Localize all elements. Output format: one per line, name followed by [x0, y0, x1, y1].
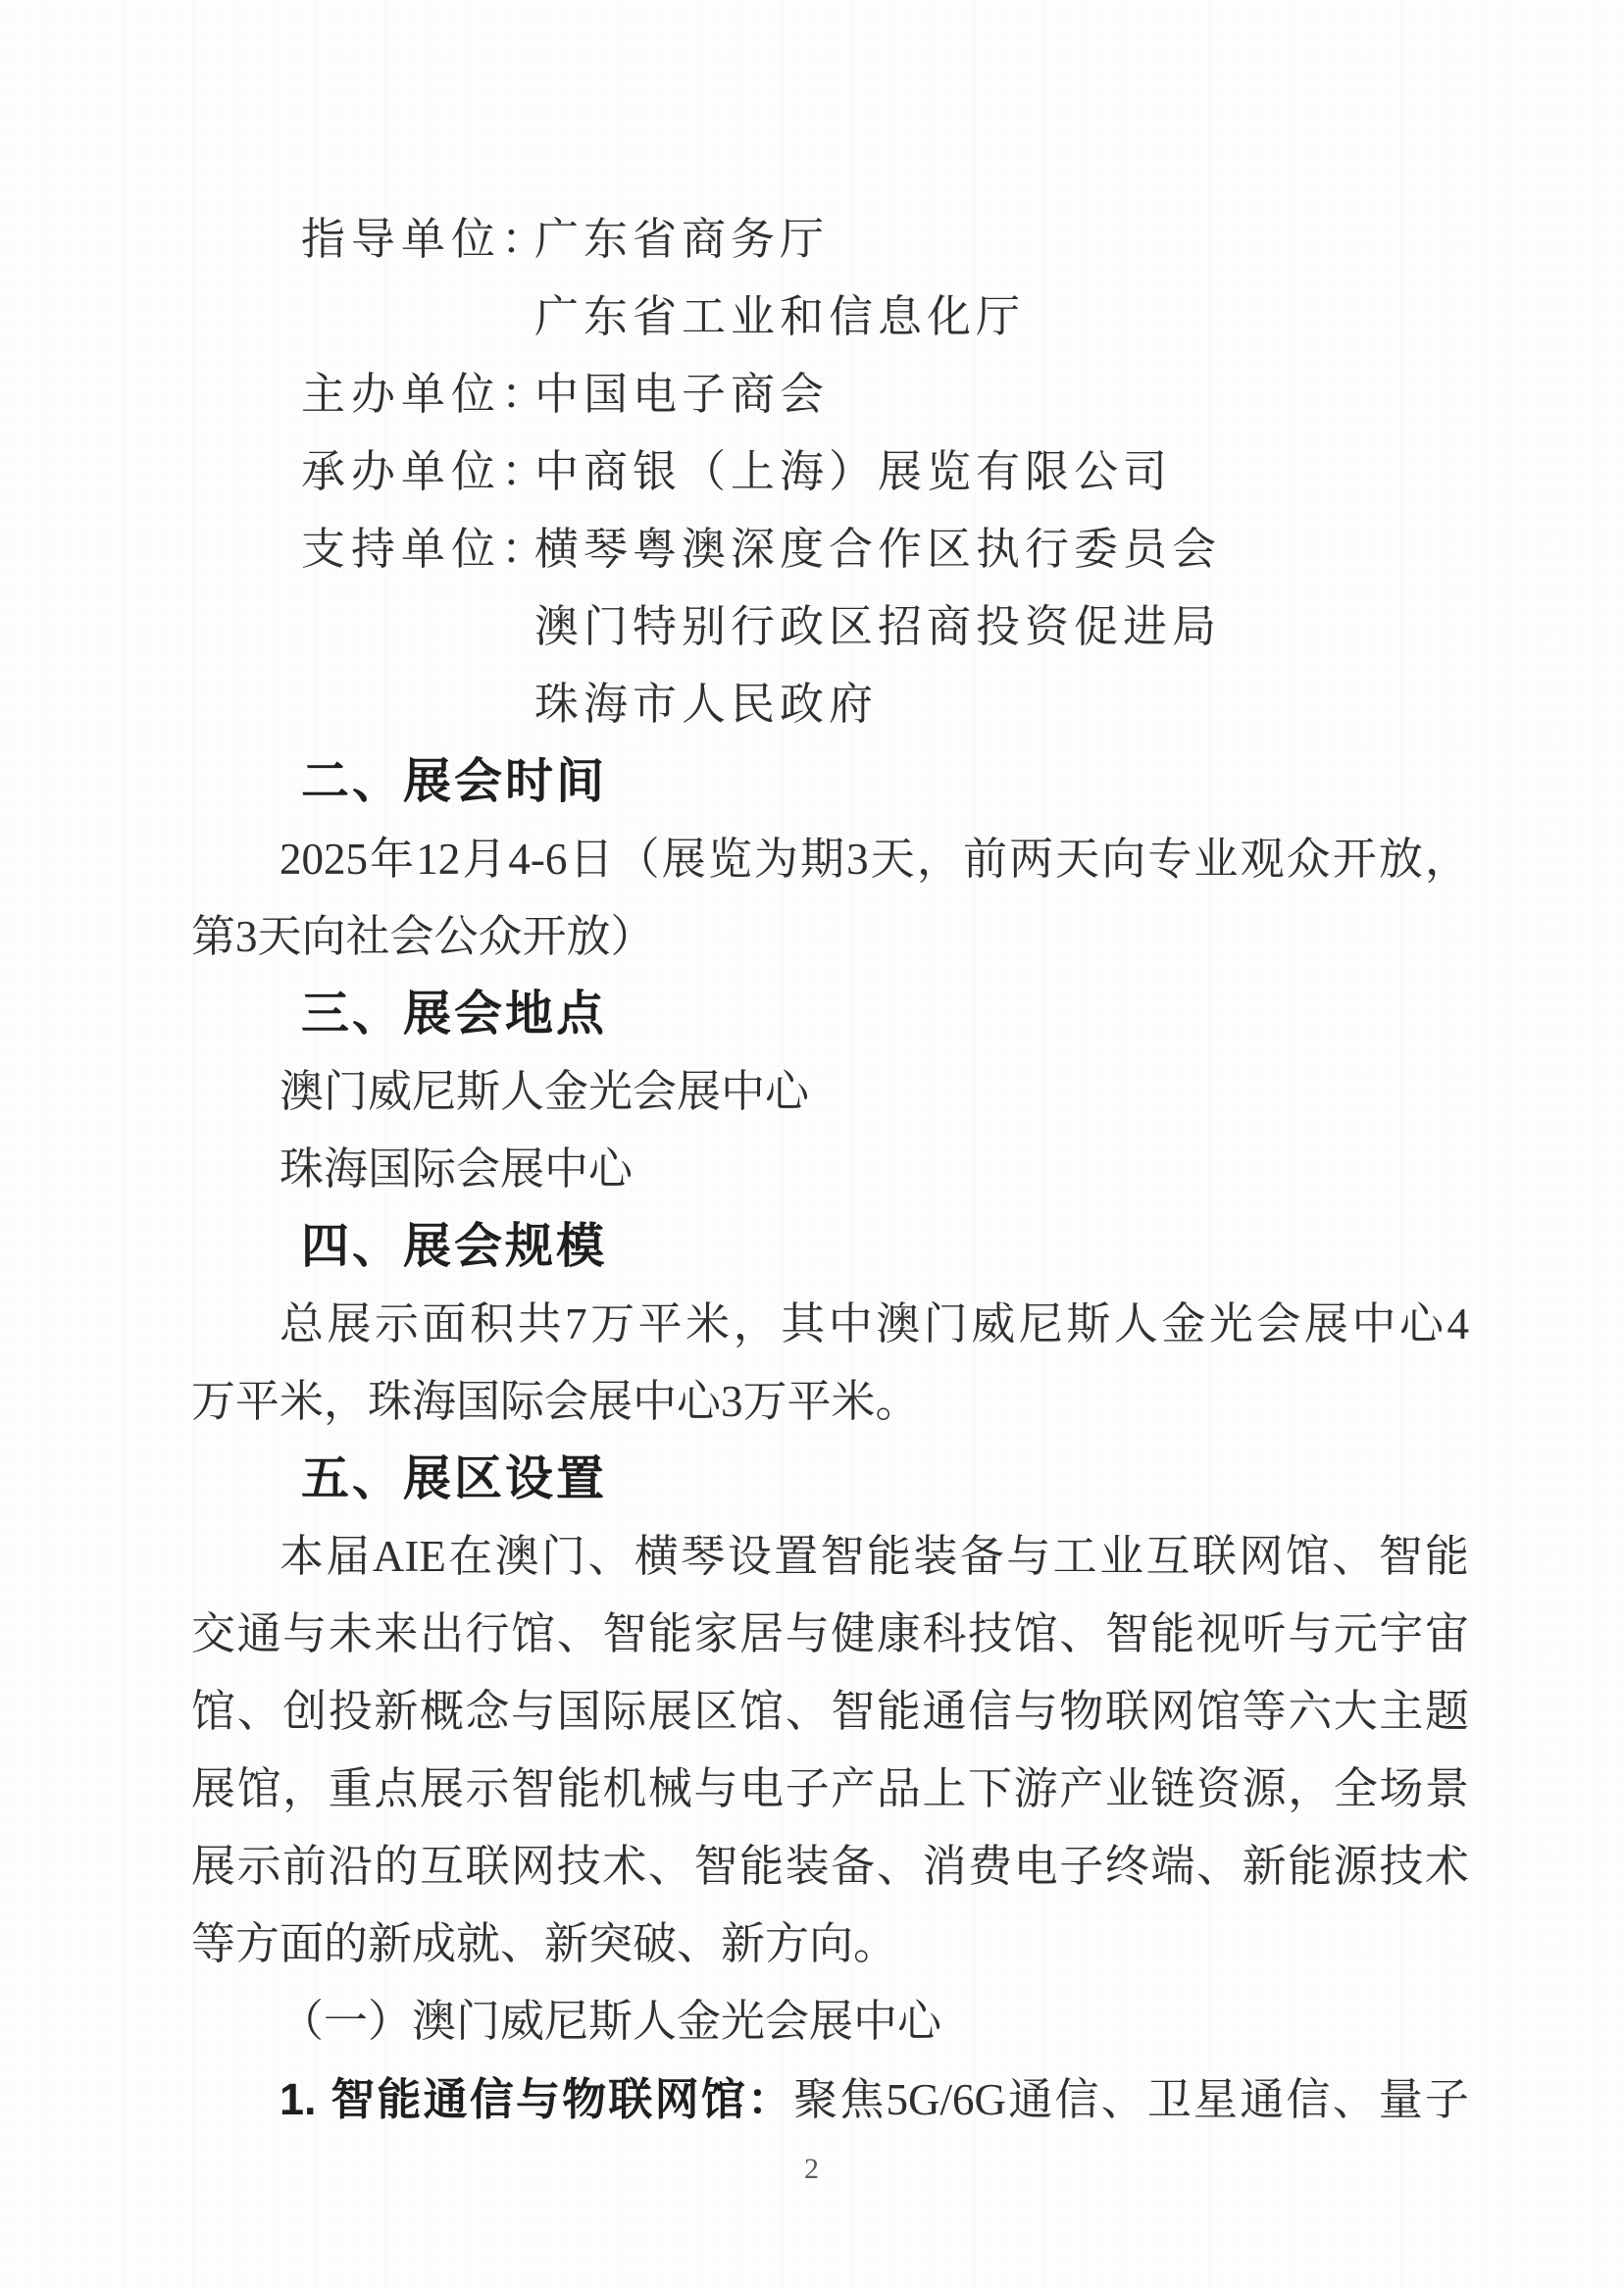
org-label: 承办单位： — [301, 433, 534, 511]
page-number: 2 — [0, 2148, 1624, 2191]
paragraph-line: 馆、创投新概念与国际展区馆、智能通信与物联网馆等六大主题 — [191, 1673, 1469, 1751]
org-value: 珠海市人民政府 — [534, 666, 878, 743]
paragraph-line: 总展示面积共7万平米，其中澳门威尼斯人金光会展中心4 — [191, 1286, 1469, 1363]
org-label: 支持单位： — [301, 511, 534, 588]
section-heading-time: 二、展会时间 — [191, 743, 1469, 821]
org-value: 中国电子商会 — [534, 356, 829, 433]
org-row: 指导单位： 广东省商务厅 — [191, 201, 1469, 279]
subsection-heading: （一）澳门威尼斯人金光会展中心 — [191, 1983, 1469, 2060]
organizer-list: 指导单位： 广东省商务厅 广东省工业和信息化厅 主办单位： 中国电子商会 承办单… — [191, 201, 1469, 743]
paragraph-line: 等方面的新成就、新突破、新方向。 — [191, 1906, 1469, 1983]
paragraph-line: 展示前沿的互联网技术、智能装备、消费电子终端、新能源技术 — [191, 1828, 1469, 1906]
exhibit-hall-item-description: 聚焦5G/6G通信、卫星通信、量子 — [793, 2075, 1469, 2124]
org-value: 广东省商务厅 — [534, 201, 829, 279]
org-row: 支持单位： 横琴粤澳深度合作区执行委员会 — [191, 511, 1469, 588]
org-label: 主办单位： — [301, 356, 534, 433]
paragraph-line: 珠海国际会展中心 — [191, 1131, 1469, 1208]
org-value: 广东省工业和信息化厅 — [534, 279, 1025, 356]
exhibit-hall-item-title: 1. 智能通信与物联网馆： — [279, 2074, 793, 2124]
org-value: 横琴粤澳深度合作区执行委员会 — [534, 511, 1221, 588]
paragraph-line: 本届AIE在澳门、横琴设置智能装备与工业互联网馆、智能 — [191, 1518, 1469, 1596]
org-value: 中商银（上海）展览有限公司 — [534, 433, 1172, 511]
org-row: 澳门特别行政区招商投资促进局 — [191, 588, 1469, 666]
org-row: 广东省工业和信息化厅 — [191, 279, 1469, 356]
org-label — [301, 279, 534, 356]
paragraph-line: 2025年12月4-6日（展览为期3天，前两天向专业观众开放， — [191, 821, 1469, 898]
org-label — [301, 588, 534, 666]
section-heading-scale: 四、展会规模 — [191, 1208, 1469, 1286]
org-row: 主办单位： 中国电子商会 — [191, 356, 1469, 433]
paragraph-line: 万平米，珠海国际会展中心3万平米。 — [191, 1363, 1469, 1441]
org-value: 澳门特别行政区招商投资促进局 — [534, 588, 1221, 666]
paragraph-line: 第3天向社会公众开放） — [191, 898, 1469, 976]
section-heading-venue: 三、展会地点 — [191, 976, 1469, 1053]
exhibit-hall-item: 1. 智能通信与物联网馆：聚焦5G/6G通信、卫星通信、量子 — [191, 2060, 1469, 2138]
section-heading-zones: 五、展区设置 — [191, 1441, 1469, 1518]
org-row: 珠海市人民政府 — [191, 666, 1469, 743]
org-label — [301, 666, 534, 743]
paragraph-line: 澳门威尼斯人金光会展中心 — [191, 1053, 1469, 1131]
document-page: 指导单位： 广东省商务厅 广东省工业和信息化厅 主办单位： 中国电子商会 承办单… — [0, 0, 1624, 2288]
org-label: 指导单位： — [301, 201, 534, 279]
org-row: 承办单位： 中商银（上海）展览有限公司 — [191, 433, 1469, 511]
paragraph-line: 交通与未来出行馆、智能家居与健康科技馆、智能视听与元宇宙 — [191, 1596, 1469, 1673]
paragraph-line: 展馆，重点展示智能机械与电子产品上下游产业链资源，全场景 — [191, 1751, 1469, 1828]
